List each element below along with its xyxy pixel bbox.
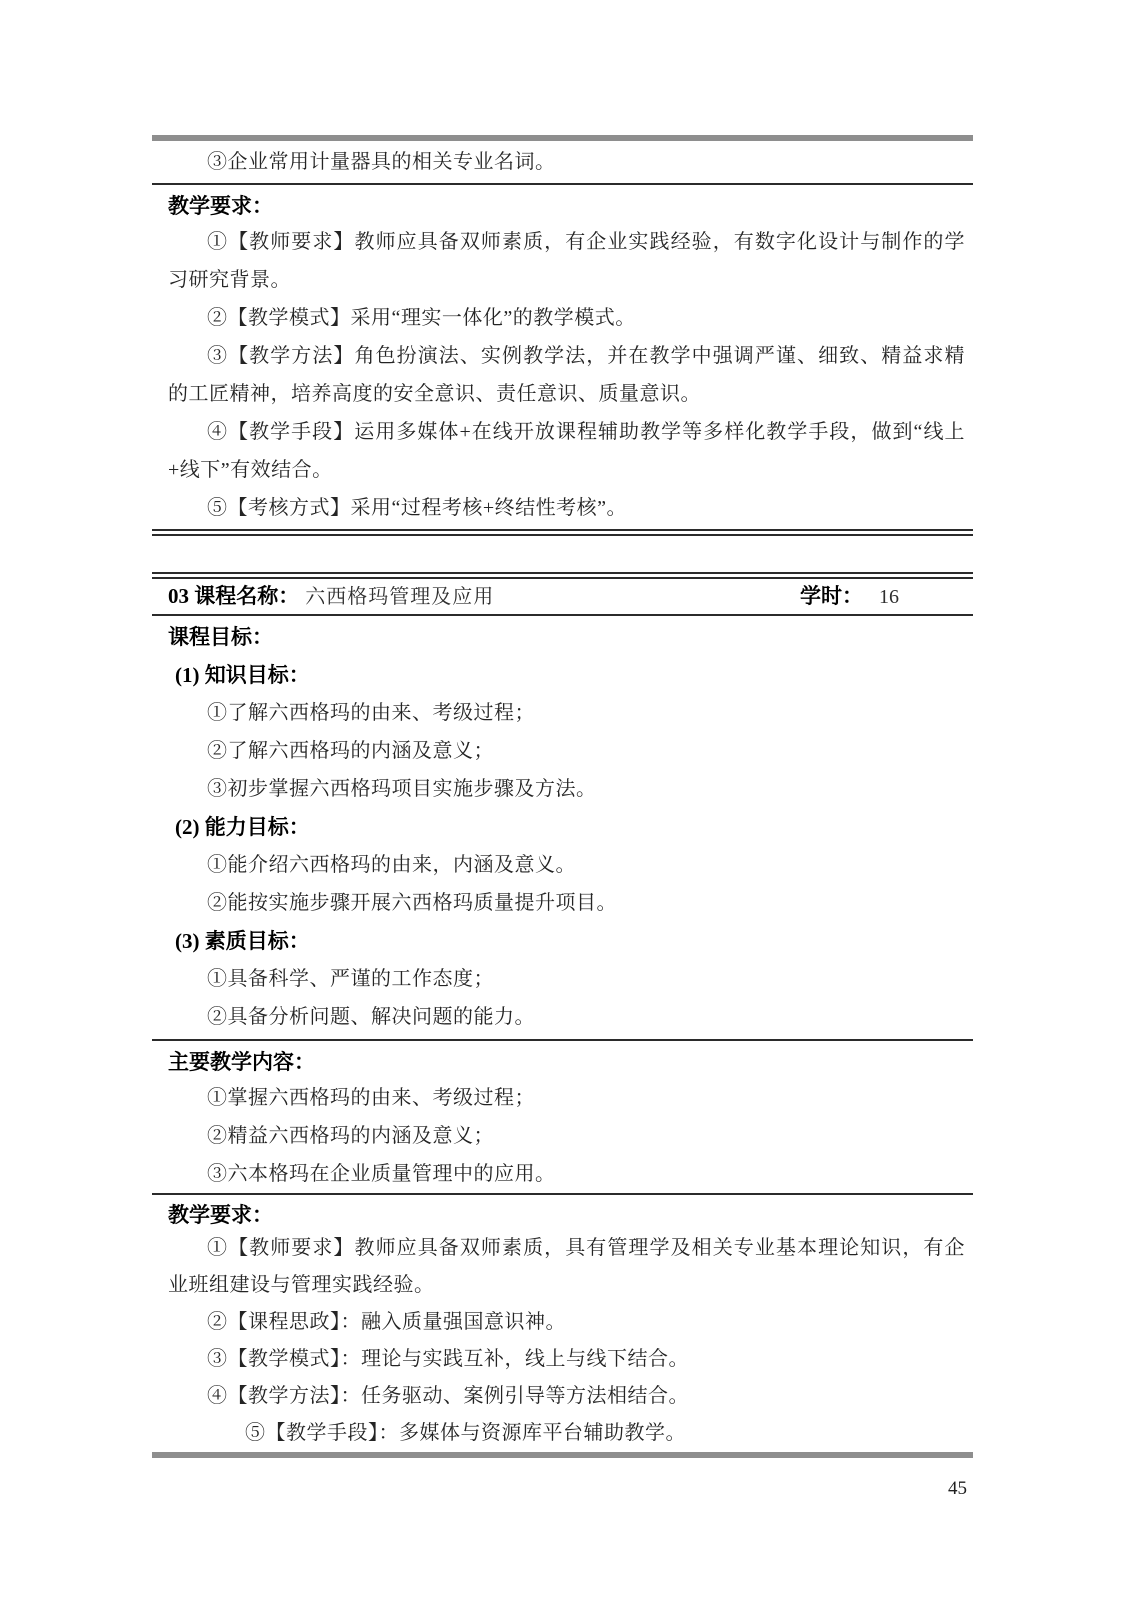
table1-content-cell: ③企业常用计量器具的相关专业名词。 — [152, 141, 973, 183]
course-hours: 学时：16 — [800, 579, 899, 616]
table2-top-border — [152, 572, 973, 579]
teaching-requirement-item: ⑤【考核方式】采用“过程考核+终结性考核”。 — [168, 489, 965, 527]
hours-label: 学时： — [800, 584, 863, 608]
objective-item: ①具备科学、严谨的工作态度； — [168, 960, 965, 998]
teaching-requirement-item: ③【教学方法】角色扮演法、实例教学法，并在教学中强调严谨、细致、精益求精的工匠精… — [168, 337, 965, 413]
main-teaching-content-cell: 主要教学内容： ①掌握六西格玛的由来、考级过程； ②精益六西格玛的内涵及意义； … — [152, 1041, 973, 1193]
main-teaching-content-heading: 主要教学内容： — [168, 1045, 965, 1079]
objective-item: ③初步掌握六西格玛项目实施步骤及方法。 — [168, 770, 965, 808]
content-item: ③六本格玛在企业质量管理中的应用。 — [168, 1155, 965, 1193]
table-gap — [152, 536, 973, 572]
content-item: ②精益六西格玛的内涵及意义； — [168, 1117, 965, 1155]
objective-item: ②能按实施步骤开展六西格玛质量提升项目。 — [168, 884, 965, 922]
document-page: ③企业常用计量器具的相关专业名词。 教学要求： ①【教师要求】教师应具备双师素质… — [0, 0, 1132, 1600]
teaching-requirement-item: ②【课程思政】：融入质量强国意识神。 — [168, 1304, 965, 1341]
course-objectives-cell: 课程目标： (1) 知识目标： ①了解六西格玛的由来、考级过程； ②了解六西格玛… — [152, 616, 973, 1039]
document-content: ③企业常用计量器具的相关专业名词。 教学要求： ①【教师要求】教师应具备双师素质… — [152, 0, 973, 1458]
knowledge-objectives-title: (1) 知识目标： — [168, 656, 965, 694]
hours-value: 16 — [879, 586, 899, 608]
teaching-requirement-item: ③【教学模式】：理论与实践互补，线上与线下结合。 — [168, 1341, 965, 1378]
quality-objectives-title: (3) 素质目标： — [168, 922, 965, 960]
course-objectives-heading: 课程目标： — [168, 618, 965, 656]
objective-item: ②具备分析问题、解决问题的能力。 — [168, 998, 965, 1036]
objective-item: ②了解六西格玛的内涵及意义； — [168, 732, 965, 770]
ability-objectives-title: (2) 能力目标： — [168, 808, 965, 846]
teaching-requirements-heading: 教学要求： — [168, 1200, 965, 1230]
page-number: 45 — [948, 1478, 967, 1500]
objective-item: ①了解六西格玛的由来、考级过程； — [168, 694, 965, 732]
table1-bottom-border — [152, 529, 973, 536]
teaching-requirement-item: ⑤【教学手段】：多媒体与资源库平台辅助教学。 — [168, 1415, 965, 1452]
teaching-requirements-heading: 教学要求： — [168, 189, 965, 223]
list-item: ③企业常用计量器具的相关专业名词。 — [168, 144, 965, 180]
objective-item: ①能介绍六西格玛的由来，内涵及意义。 — [168, 846, 965, 884]
table2-teaching-requirements-cell: 教学要求： ①【教师要求】教师应具备双师素质，具有管理学及相关专业基本理论知识，… — [152, 1195, 973, 1452]
teaching-requirement-item: ①【教师要求】教师应具备双师素质，有企业实践经验，有数字化设计与制作的学习研究背… — [168, 223, 965, 299]
course-label: 03 课程名称： — [168, 584, 299, 608]
teaching-requirement-item: ②【教学模式】采用“理实一体化”的教学模式。 — [168, 299, 965, 337]
teaching-requirement-item: ①【教师要求】教师应具备双师素质，具有管理学及相关专业基本理论知识，有企业班组建… — [168, 1230, 965, 1304]
course-name: 六西格玛管理及应用 — [305, 586, 494, 608]
teaching-requirement-item: ④【教学手段】运用多媒体+在线开放课程辅助教学等多样化教学手段，做到“线上+线下… — [168, 413, 965, 489]
table1-teaching-requirements-cell: 教学要求： ①【教师要求】教师应具备双师素质，有企业实践经验，有数字化设计与制作… — [152, 185, 973, 529]
table2-bottom-border — [152, 1452, 973, 1458]
course-header-row: 03 课程名称：六西格玛管理及应用 学时：16 — [152, 579, 973, 614]
teaching-requirement-item: ④【教学方法】：任务驱动、案例引导等方法相结合。 — [168, 1378, 965, 1415]
content-item: ①掌握六西格玛的由来、考级过程； — [168, 1079, 965, 1117]
